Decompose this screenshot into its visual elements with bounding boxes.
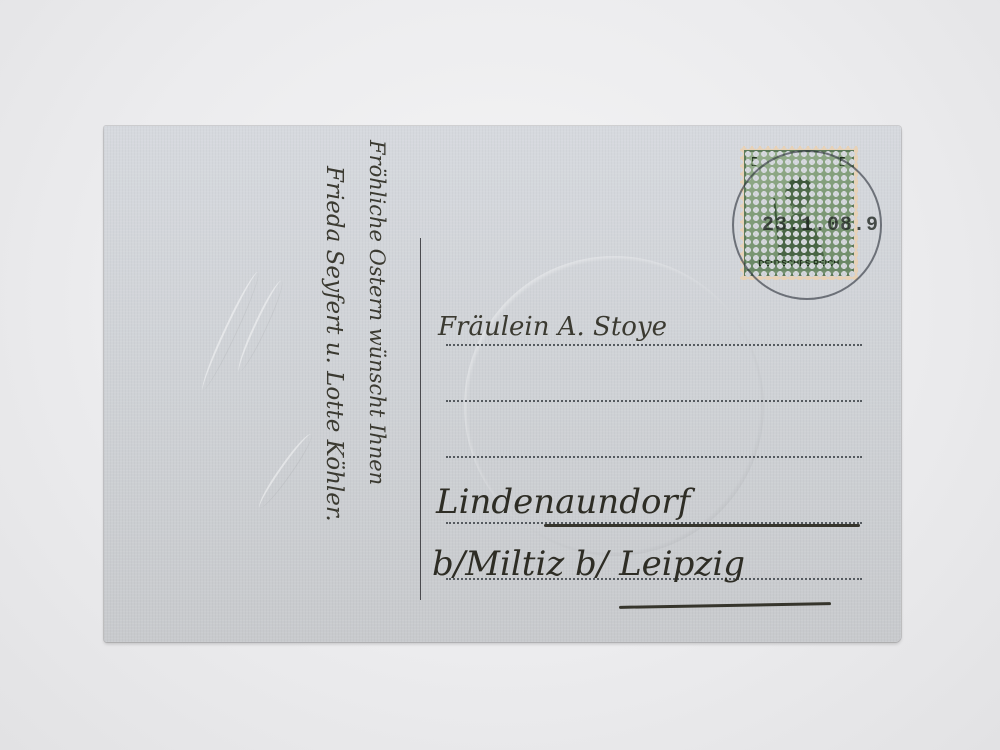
embossed-leaf [197,269,264,392]
embossed-circle [464,256,764,556]
address-line-5 [446,578,862,580]
germania-portrait-icon [768,168,832,256]
message-line-2: Frieda Seyfert u. Lotte Köhler. [321,166,347,522]
stamp-value-right: 5 [839,155,846,171]
embossed-leaf [233,278,287,374]
center-divider [420,238,421,600]
town-underline [544,524,860,527]
address-line-1 [446,344,862,346]
message-line-1: Fröhliche Ostern wünscht Ihnen [365,140,389,485]
address-line-2 [446,400,862,402]
city-underline [619,602,831,609]
stamp-label: DEUTSCHES REICH [748,257,850,271]
address-line-3 [446,456,862,458]
stamp-value-left: 5 [751,155,758,171]
postcard: Fröhliche Ostern wünscht Ihnen Frieda Se… [104,126,901,642]
recipient-name: Fräulein A. Stoye [438,312,667,342]
recipient-town: Lindenaundorf [436,482,690,522]
embossed-leaf [254,430,316,511]
postage-stamp: 5 5 DEUTSCHES REICH 23.1.08.9 [740,146,858,280]
